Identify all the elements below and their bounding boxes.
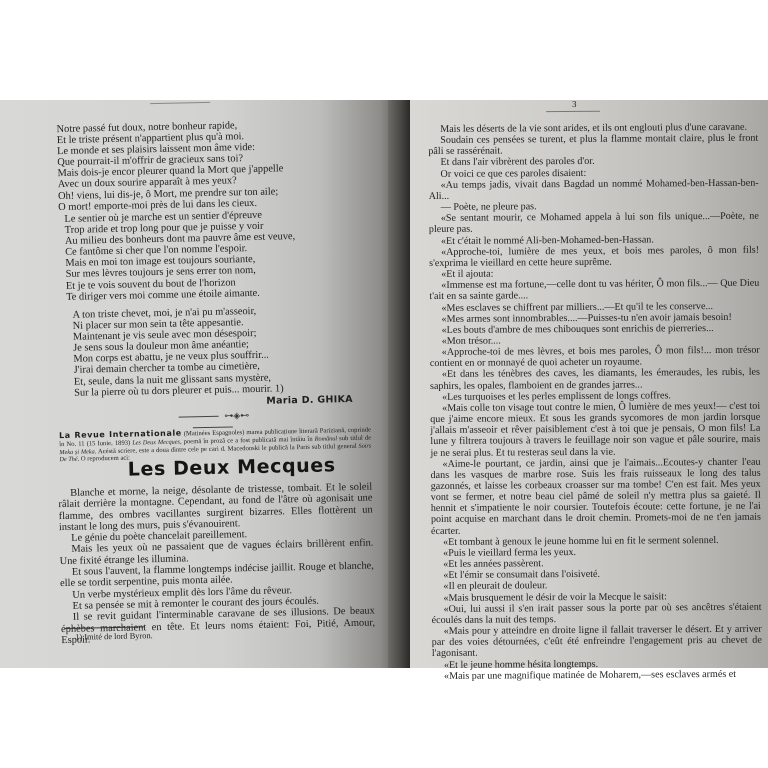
intro-text: . O reproducem aci: — [78, 455, 131, 463]
right-page: 3 Mais les déserts de la vie sont arides… — [410, 100, 768, 668]
story-body-left: Blanche et morne, la neige, désolante de… — [58, 482, 375, 647]
paragraph: «Les bouts d'ambre de mes chibouques son… — [430, 323, 760, 336]
paragraph: «Et dans les ténèbres des caves, les dia… — [430, 367, 760, 392]
paragraph: «Se sentant mourir, ce Mohamed appela à … — [429, 211, 759, 236]
intro-italic: Les Deux Mecques — [132, 438, 180, 446]
paragraph: «Immense est ma fortune,—celle dont tu v… — [429, 278, 759, 303]
open-magazine-spread: Notre passé fut doux, notre bonheur rapi… — [0, 100, 768, 668]
left-page-content: Notre passé fut doux, notre bonheur rapi… — [60, 93, 390, 100]
paragraph: «Oui, lui aussi il s'en irait passer sou… — [432, 601, 762, 626]
paragraph: Blanche et morne, la neige, désolante de… — [58, 482, 373, 534]
paragraph: Soudain ces pensées se turent, et plus l… — [428, 133, 758, 158]
ornament-glyph: ⊶◈⊷ — [224, 410, 249, 421]
poem-stanza-2: Le sentier où je marche est un sentier d… — [64, 209, 296, 303]
page-number: 3 — [572, 99, 577, 109]
paragraph: «Approche-toi de mes lèvres, et bois mes… — [430, 345, 760, 370]
poem-stanza-3: A ton triste chevet, moi, je n'ai pu m'a… — [72, 305, 283, 398]
paragraph: «Approche-toi, lumière de mes yeux, et b… — [429, 244, 759, 269]
paragraph: «Et tombant à genoux le jeune homme lui … — [431, 534, 761, 547]
poem-stanza-1: Notre passé fut doux, notre bonheur rapi… — [57, 119, 285, 212]
paragraph: «Au temps jadis, vivait dans Bagdad un n… — [429, 177, 759, 202]
right-page-content: 3 Mais les déserts de la vie sont arides… — [428, 98, 758, 100]
page-gutter — [388, 100, 410, 668]
intro-text: sub titlul de — [337, 434, 371, 442]
left-page: Notre passé fut doux, notre bonheur rapi… — [0, 100, 400, 668]
story-body-right: Mais les déserts de la vie sont arides, … — [428, 122, 762, 682]
intro-italic: Meka și Meka — [59, 448, 94, 456]
paragraph: «Mais par une magnifique matinée de Moha… — [432, 668, 762, 681]
footnote: 1) Imité de lord Byron. — [75, 631, 153, 642]
page-number-rule — [546, 111, 600, 112]
poem-author: Maria D. GHIKA — [266, 394, 353, 407]
top-rule — [150, 102, 210, 104]
paragraph: «Aime-le pourtant, ce jardin, ainsi que … — [431, 456, 762, 536]
paragraph: «Mais colle ton visage tout contre le mi… — [430, 401, 760, 459]
paragraph: «Mais pour y atteindre en droite ligne i… — [432, 624, 762, 660]
intro-italic: Românul — [315, 435, 337, 442]
story-title: Les Deux Mecques — [128, 454, 336, 480]
